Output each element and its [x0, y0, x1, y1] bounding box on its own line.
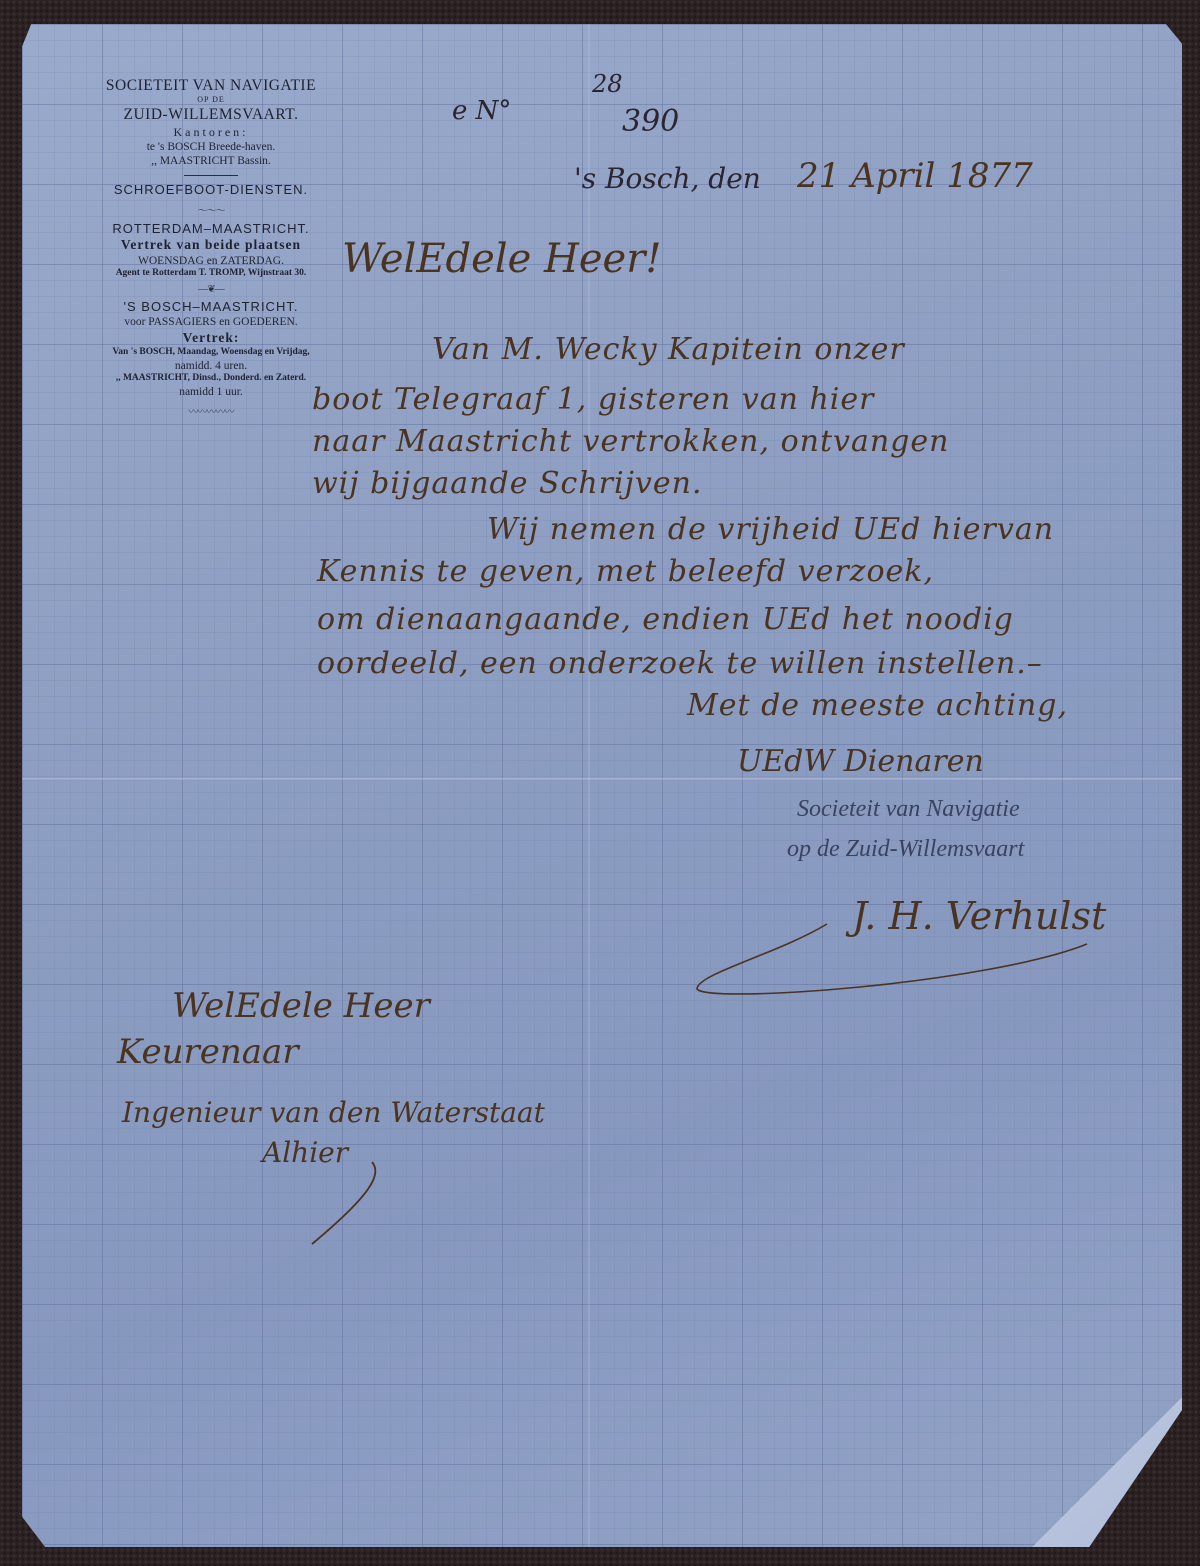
body-line: oordeeld, een onderzoek te willen instel… — [317, 646, 1043, 681]
body-line: Wij nemen de vrijheid UEd hiervan — [487, 512, 1054, 547]
company-stamp-line-2: op de Zuid-Willemsvaart — [787, 836, 1024, 863]
reference-number-prefix: e N° — [452, 96, 511, 126]
route-1-days: WOENSDAG en ZATERDAG. — [66, 254, 356, 268]
route-1-departure-note: Vertrek van beide plaatsen — [66, 237, 356, 254]
folded-corner — [1032, 1397, 1182, 1547]
services-title: SCHROEFBOOT-DIENSTEN. — [66, 182, 356, 198]
route-1-agent: Agent te Rotterdam T. TROMP, Wijnstraat … — [66, 268, 356, 280]
route-2-from-bosch-time: namidd. 4 uren. — [66, 359, 356, 373]
company-name: SOCIETEIT VAN NAVIGATIE — [66, 76, 356, 95]
divider-rule — [184, 175, 238, 176]
company-canal: ZUID-WILLEMSVAART. — [66, 105, 356, 124]
address-flourish-icon — [302, 1154, 422, 1254]
dateline-date: 21 April 1877 — [797, 156, 1033, 196]
address-name: Keurenaar — [117, 1032, 299, 1072]
body-line: boot Telegraaf 1, gisteren van hier — [312, 382, 874, 417]
address-salutation: WelEdele Heer — [172, 986, 430, 1026]
body-line: wij bijgaande Schrijven. — [312, 466, 702, 501]
body-line: om dienaangaande, endien UEd het noodig — [317, 602, 1014, 637]
reference-number-bottom: 390 — [622, 104, 679, 139]
route-2-cargo: voor PASSAGIERS en GOEDEREN. — [66, 315, 356, 329]
letter-sheet: SOCIETEIT VAN NAVIGATIE OP DE ZUID-WILLE… — [22, 24, 1182, 1547]
horizontal-fold-crease — [22, 778, 1182, 781]
body-line: naar Maastricht vertrokken, ontvangen — [312, 424, 949, 459]
dateline-place: 's Bosch, den — [574, 162, 761, 195]
office-maastricht: ,, MAASTRICHT Bassin. — [66, 154, 356, 168]
salutation: WelEdele Heer! — [342, 236, 661, 282]
body-line: Van M. Wecky Kapitein onzer — [432, 332, 905, 367]
company-stamp-line-1: Societeit van Navigatie — [797, 796, 1020, 823]
wave-ornament-icon: 〜〜〜 — [66, 202, 356, 217]
printed-letterhead: SOCIETEIT VAN NAVIGATIE OP DE ZUID-WILLE… — [66, 76, 356, 422]
route-1-name: ROTTERDAM–MAASTRICHT. — [66, 221, 356, 237]
flourish-ornament-icon: —❦— — [66, 284, 356, 295]
signature-flourish-icon — [687, 904, 1107, 1014]
route-2-departure-label: Vertrek: — [66, 330, 356, 347]
body-line: Kennis te geven, met beleefd verzoek, — [317, 554, 934, 589]
offices-label: Kantoren: — [66, 125, 356, 140]
route-2-from-bosch: Van 's BOSCH, Maandag, Woensdag en Vrijd… — [66, 347, 356, 359]
closing-formula: UEdW Dienaren — [737, 744, 984, 779]
reference-number-top: 28 — [592, 70, 623, 98]
address-title: Ingenieur van den Waterstaat — [122, 1096, 545, 1129]
body-line: Met de meeste achting, — [687, 688, 1068, 723]
office-bosch: te 's BOSCH Breede-haven. — [66, 140, 356, 154]
route-2-name: 'S BOSCH–MAASTRICHT. — [66, 299, 356, 315]
company-name-connector: OP DE — [66, 95, 356, 105]
